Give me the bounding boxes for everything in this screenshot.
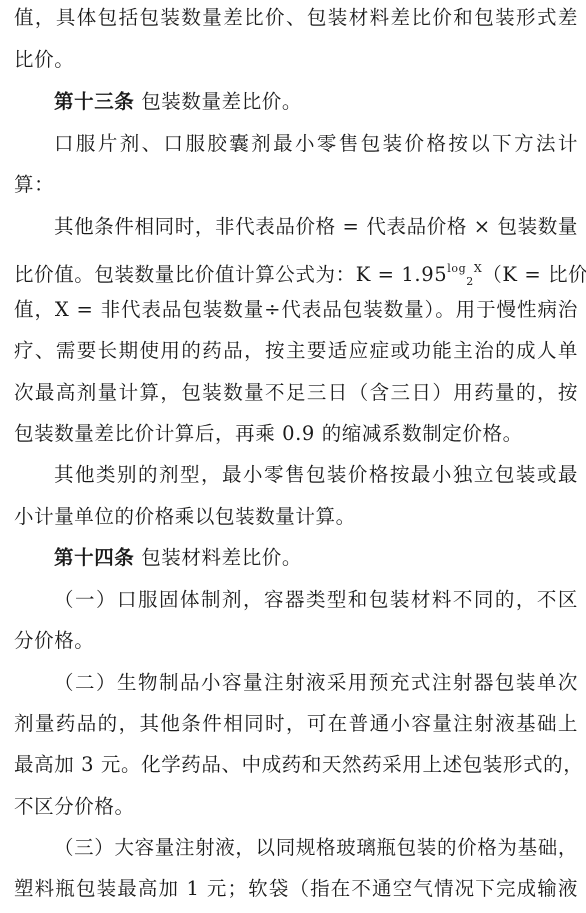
paragraph-line: 最高加 3 元。化学药品、中成药和天然药采用上述包装形式的， — [14, 753, 578, 777]
formula-suffix: （K = 比价 — [482, 263, 586, 286]
article-title: 包装数量差比价。 — [134, 90, 302, 113]
paragraph-line: 塑料瓶包装最高加 1 元；软袋（指在不通空气情况下完成输液 — [14, 877, 578, 901]
article-number: 第十四条 — [54, 546, 134, 569]
formula-line: 比价值。包装数量比价值计算公式为：K = 1.95log2X（K = 比价 — [14, 257, 578, 281]
paragraph-line: 不区分价格。 — [14, 795, 578, 819]
formula-exponent-x: X — [474, 262, 482, 275]
paragraph-line: 其他条件相同时，非代表品价格 = 代表品价格 × 包装数量 — [54, 215, 578, 239]
paragraph-line: 口服片剂、口服胶囊剂最小零售包装价格按以下方法计 — [54, 132, 578, 156]
paragraph-line: 分价格。 — [14, 629, 578, 653]
formula-log-base: 2 — [466, 275, 474, 288]
paragraph-line: 比价。 — [14, 48, 578, 72]
paragraph-line: （二）生物制品小容量注射液采用预充式注射器包装单次 — [54, 671, 578, 695]
paragraph-line: （三）大容量注射液，以同规格玻璃瓶包装的价格为基础， — [54, 836, 578, 860]
paragraph-line: 次最高剂量计算，包装数量不足三日（含三日）用药量的，按 — [14, 381, 578, 405]
paragraph-line: 其他类别的剂型，最小零售包装价格按最小独立包装或最 — [54, 463, 578, 487]
document-page: 值，具体包括包装数量差比价、包装材料差比价和包装形式差 比价。 第十三条 包装数… — [0, 0, 586, 913]
formula-exponent-log: log — [447, 262, 466, 275]
paragraph-line: 值，X = 非代表品包装数量÷代表品包装数量）。用于慢性病治 — [14, 298, 578, 322]
formula-prefix: 比价值。包装数量比价值计算公式为：K = 1.95 — [14, 263, 447, 286]
article-title: 包装材料差比价。 — [134, 546, 302, 569]
article-heading-13: 第十三条 包装数量差比价。 — [54, 90, 578, 114]
paragraph-line: 值，具体包括包装数量差比价、包装材料差比价和包装形式差 — [14, 6, 578, 30]
article-number: 第十三条 — [54, 90, 134, 113]
paragraph-line: 疗、需要长期使用的药品，按主要适应症或功能主治的成人单 — [14, 339, 578, 363]
paragraph-line: 剂量药品的，其他条件相同时，可在普通小容量注射液基础上 — [14, 712, 578, 736]
paragraph-line: 算： — [14, 173, 578, 197]
paragraph-line: 包装数量差比价计算后，再乘 0.9 的缩减系数制定价格。 — [14, 422, 578, 446]
article-heading-14: 第十四条 包装材料差比价。 — [54, 546, 578, 570]
paragraph-line: 小计量单位的价格乘以包装数量计算。 — [14, 505, 578, 529]
paragraph-line: （一）口服固体制剂，容器类型和包装材料不同的，不区 — [54, 588, 578, 612]
